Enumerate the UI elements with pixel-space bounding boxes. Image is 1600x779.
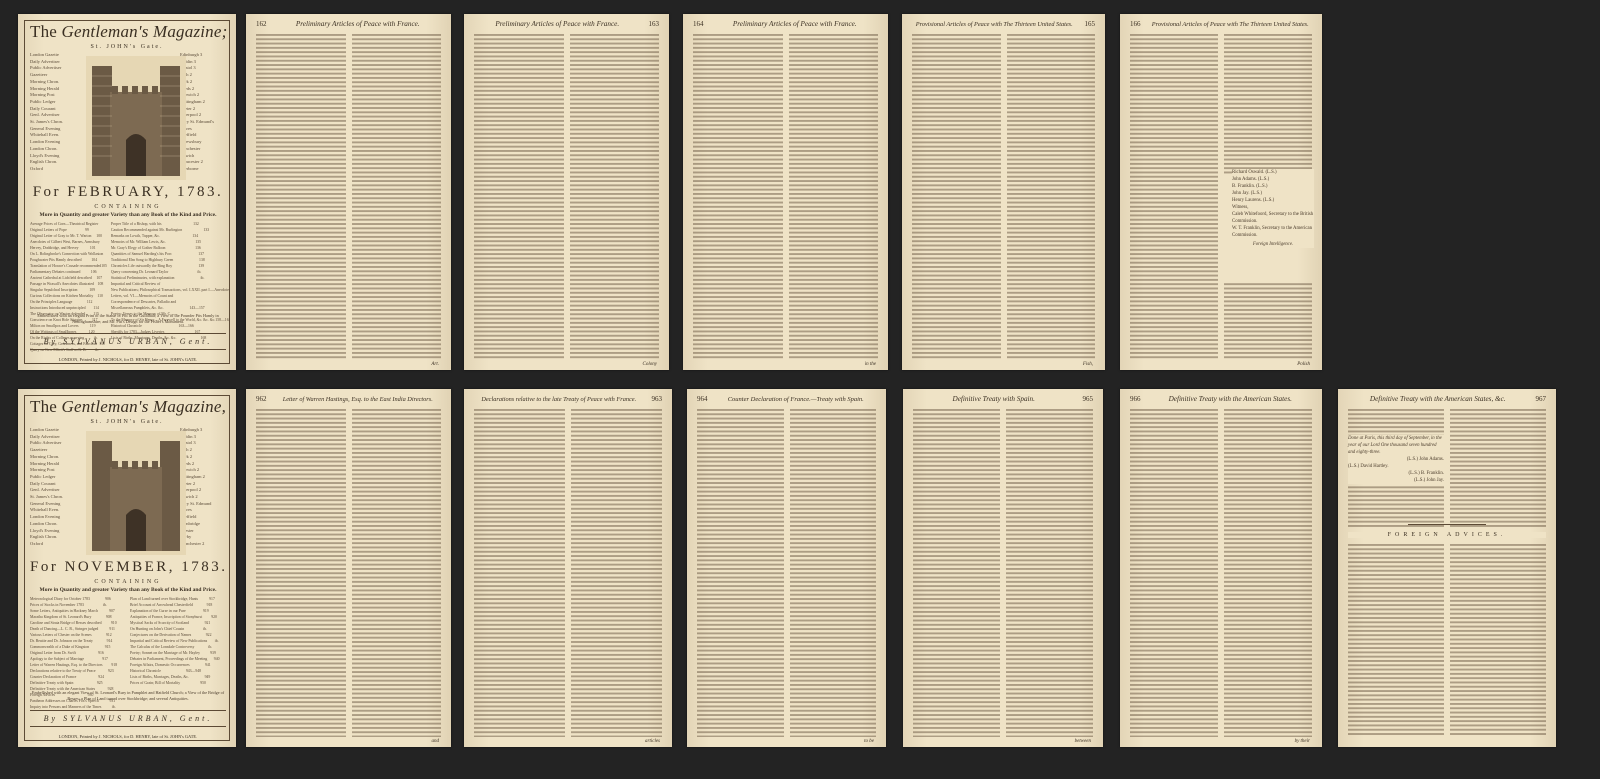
page-166[interactable]: 166 Provisional Articles of Peace with T… <box>1120 14 1322 370</box>
toc-entry-page: 917 <box>102 656 108 662</box>
newspaper-name: Dublin 3 <box>180 59 226 66</box>
running-head: Provisional Articles of Peace with The T… <box>912 20 1095 28</box>
text-column-right <box>1007 34 1096 360</box>
signer-name: (L.S.) John Jay. <box>1348 477 1444 484</box>
newspaper-name: Sheffield <box>180 132 226 139</box>
st-johns-gate-engraving-icon <box>86 431 186 555</box>
masthead-title: Gentleman's Magazine; <box>61 22 227 41</box>
toc-entry-page: 950 <box>200 680 206 686</box>
page-title: Preliminary Articles of Peace with Franc… <box>474 20 641 28</box>
newspaper-name: Genl. Advertiser <box>30 112 78 119</box>
section-heading-foreign-advices: FOREIGN ADVICES. <box>1348 532 1546 538</box>
newspaper-name: Nottingham 2 <box>180 474 226 481</box>
newspaper-name: Edinburgh 3 <box>180 427 226 434</box>
st-johns-gate-engraving-icon <box>86 56 186 180</box>
catchword: to be <box>864 739 874 744</box>
newspaper-name: Shrewsbury <box>180 139 226 146</box>
text-column-right <box>1450 409 1546 527</box>
newspaper-name: Bristol 3 <box>180 65 226 72</box>
page-164[interactable]: 164 Preliminary Articles of Peace with F… <box>683 14 888 370</box>
tagline: More in Quantity and greater Variety tha… <box>30 212 226 218</box>
cover-page-february-1783[interactable]: The Gentleman's Magazine; St. JOHN's Gat… <box>18 14 236 370</box>
running-head: Definitive Treaty with the American Stat… <box>1348 395 1546 403</box>
newspaper-name: Gloucester 2 <box>180 159 226 166</box>
page-title: Definitive Treaty with the American Stat… <box>1348 395 1528 403</box>
newspaper-name: Daily Advertiser <box>30 59 78 66</box>
signer-name: B. Franklin. (L.S.) <box>1232 183 1314 190</box>
running-head: 966 Definitive Treaty with the American … <box>1130 395 1312 403</box>
text-column-right <box>1006 409 1093 737</box>
toc-entry-page: 920 <box>211 614 217 620</box>
text-columns <box>474 409 662 737</box>
newspaper-name: Whitehall Even. <box>30 507 78 514</box>
page-163[interactable]: Preliminary Articles of Peace with Franc… <box>464 14 669 370</box>
catchword: articles <box>645 739 660 744</box>
newspaper-name: Liverpool 2 <box>180 487 226 494</box>
text-column-left <box>256 34 346 360</box>
page-title: Declarations relative to the late Treaty… <box>474 396 644 403</box>
done-at-paris: Done at Paris, this third day of Septemb… <box>1348 435 1444 456</box>
toc-entry-page: 941 <box>205 662 211 668</box>
newspaper-name: London Evening <box>30 514 78 521</box>
text-columns <box>1130 409 1312 737</box>
text-column-left <box>474 34 564 360</box>
text-column-left <box>693 34 783 360</box>
newspaper-list-left: London GazetteDaily AdvertiserPublic Adv… <box>30 427 78 548</box>
page-number: 163 <box>649 20 660 28</box>
toc-entry-page: 108 <box>98 281 104 287</box>
newspaper-name: Manchester 2 <box>180 541 226 548</box>
newspaper-name: Bath 2 <box>180 447 226 454</box>
page-title: Letter of Warren Hastings, Esq. to the E… <box>275 396 442 403</box>
newspaper-name: London Gazette <box>30 52 78 59</box>
containing-label: CONTAINING <box>30 579 226 585</box>
running-head: 964 Counter Declaration of France.—Treat… <box>697 395 876 403</box>
page-number: 966 <box>1130 395 1141 403</box>
text-column-right <box>1224 409 1312 737</box>
running-head: Definitive Treaty with Spain. 965 <box>913 395 1093 403</box>
newspaper-name: Morning Post <box>30 92 78 99</box>
text-column-left <box>912 34 1001 360</box>
page-162[interactable]: 162 Preliminary Articles of Peace with F… <box>246 14 451 370</box>
page-number: 164 <box>693 20 704 28</box>
section-divider <box>1408 524 1486 525</box>
running-head: Declarations relative to the late Treaty… <box>474 395 662 403</box>
masthead-the: The <box>30 22 57 41</box>
newspaper-name: English Chron. <box>30 534 78 541</box>
newspaper-name: Morning Herald <box>30 461 78 468</box>
page-number: 967 <box>1536 395 1547 403</box>
page-number: 964 <box>697 395 708 403</box>
text-column-left <box>474 409 565 737</box>
newspaper-name: Bury St. Edmund's <box>180 119 226 126</box>
catchword: between <box>1075 739 1091 744</box>
running-head: 166 Provisional Articles of Peace with T… <box>1130 20 1312 28</box>
toc-entry-page: 143—157 <box>189 305 204 311</box>
newspaper-name: General Evening <box>30 126 78 133</box>
newspaper-name: Morning Chron. <box>30 79 78 86</box>
newspaper-name: Morning Chron. <box>30 454 78 461</box>
text-column-right <box>1450 544 1546 737</box>
text-column-right <box>571 409 662 737</box>
masthead: The Gentleman's Magazine; <box>30 22 226 42</box>
page-964[interactable]: 964 Counter Declaration of France.—Treat… <box>687 389 886 747</box>
gate-caption: St. JOHN's Gate. <box>90 44 163 50</box>
toc-entry: Prices of Grain; Bill of Mortality950 <box>130 680 226 686</box>
signer-name: John Jay. (L.S.) <box>1232 190 1314 197</box>
newspaper-name: Bristol 3 <box>180 440 226 447</box>
page-967[interactable]: Definitive Treaty with the American Stat… <box>1338 389 1556 747</box>
masthead: The Gentleman's Magazine, <box>30 397 226 417</box>
newspaper-name: Norwich 2 <box>180 467 226 474</box>
newspaper-name: Leeds 2 <box>180 461 226 468</box>
newspaper-name: Chester <box>180 528 226 535</box>
catchword: Art. <box>431 362 439 367</box>
text-column-left <box>1130 34 1218 360</box>
signatures-block: Richard Oswald. (L.S.) John Adams. (L.S.… <box>1232 169 1314 248</box>
embellishment-note: Embellished with an elegant View of St. … <box>30 690 226 701</box>
page-title: Preliminary Articles of Peace with Franc… <box>712 20 879 28</box>
newspaper-name: Lewes <box>180 507 226 514</box>
newspaper-name: London Chron. <box>30 146 78 153</box>
page-number: 166 <box>1130 20 1141 28</box>
newspaper-name: York 2 <box>180 79 226 86</box>
toc-entry-page: ib. <box>200 275 204 281</box>
newspaper-name: Sheffield <box>180 514 226 521</box>
toc-entry-page: 940 <box>214 656 220 662</box>
signer-name: John Adams. (L.S.) <box>1232 176 1314 183</box>
page-number: 963 <box>652 395 663 403</box>
section-heading: Foreign Intelligence. <box>1232 241 1314 248</box>
running-head: 162 Preliminary Articles of Peace with F… <box>256 20 441 28</box>
toc-entry-page: 112 <box>87 299 93 305</box>
newspaper-name: London Chron. <box>30 521 78 528</box>
page-title: Preliminary Articles of Peace with Franc… <box>275 20 442 28</box>
newspaper-name: Genl. Advertiser <box>30 487 78 494</box>
page-title: Definitive Treaty with the American Stat… <box>1149 395 1313 403</box>
text-columns <box>474 34 659 360</box>
editor-name: By SYLVANUS URBAN, Gent. <box>44 337 213 346</box>
page-title: Provisional Articles of Peace with The T… <box>912 21 1077 28</box>
newspaper-name: Daily Advertiser <box>30 434 78 441</box>
text-column-right <box>790 409 877 737</box>
toc-entry-page: 133 <box>203 227 209 233</box>
catchword: by their <box>1295 739 1310 744</box>
page-title: Provisional Articles of Peace with The T… <box>1149 21 1313 28</box>
newspaper-name: Gazetteer <box>30 72 78 79</box>
page-965[interactable]: Definitive Treaty with Spain. 965 betwee… <box>903 389 1103 747</box>
text-columns <box>256 34 441 360</box>
page-number: 165 <box>1085 20 1096 28</box>
running-head: Preliminary Articles of Peace with Franc… <box>474 20 659 28</box>
issue-month: For NOVEMBER, 1783. <box>30 559 226 576</box>
toc-entry-page: 919 <box>203 608 209 614</box>
signatures-block: Done at Paris, this third day of Septemb… <box>1348 435 1444 484</box>
newspaper-name: Lloyd's Evening <box>30 528 78 535</box>
editor-name: By SYLVANUS URBAN, Gent. <box>44 714 213 723</box>
toc-entry-page: 132 <box>193 221 199 227</box>
containing-label: CONTAINING <box>30 204 226 210</box>
toc-entry-page: 105 <box>101 263 107 269</box>
text-column-right <box>352 409 442 737</box>
newspaper-name: Exeter 2 <box>180 106 226 113</box>
text-column-left <box>1348 544 1444 737</box>
text-columns <box>912 34 1095 360</box>
page-number: 965 <box>1083 395 1094 403</box>
text-columns <box>913 409 1093 737</box>
tagline: More in Quantity and greater Variety tha… <box>30 587 226 593</box>
catchword: in the <box>865 362 876 367</box>
newspaper-name: Oxford <box>30 166 78 173</box>
toc-entry-title: Prices of Grain; Bill of Mortality <box>130 680 180 686</box>
newspaper-name: Public Advertiser <box>30 440 78 447</box>
newspaper-name: Exeter 2 <box>180 481 226 488</box>
newspaper-name: Cambridge <box>180 521 226 528</box>
newspaper-name: Sherborne <box>180 166 226 173</box>
newspaper-name: Ipswich <box>180 153 226 160</box>
newspaper-name: Bath 2 <box>180 72 226 79</box>
catchword: Fish, <box>1083 362 1093 367</box>
newspaper-name: English Chron. <box>30 159 78 166</box>
text-column-left <box>256 409 346 737</box>
text-column-left <box>697 409 784 737</box>
text-columns <box>256 409 441 737</box>
newspaper-name: Whitehall Even. <box>30 132 78 139</box>
text-columns <box>693 34 878 360</box>
page-number: 162 <box>256 20 267 28</box>
newspaper-name: Morning Herald <box>30 86 78 93</box>
page-title: Definitive Treaty with Spain. <box>913 395 1075 403</box>
newspaper-name: London Evening <box>30 139 78 146</box>
newspaper-name: Bury St. Edmund <box>180 501 226 508</box>
toc-entry-page: 923 <box>108 668 114 674</box>
newspaper-name: Derby <box>180 534 226 541</box>
signer-name: Henry Laurens. (L.S.) <box>1232 197 1314 204</box>
newspaper-name: Nottingham 2 <box>180 99 226 106</box>
catchword: Colony <box>643 362 657 367</box>
newspaper-name: Norwich 2 <box>180 92 226 99</box>
page-165[interactable]: Provisional Articles of Peace with The T… <box>902 14 1105 370</box>
issue-month: For FEBRUARY, 1783. <box>30 184 226 201</box>
signer-name: Richard Oswald. (L.S.) <box>1232 169 1314 176</box>
page-number: 962 <box>256 395 267 403</box>
newspaper-name: Public Ledger <box>30 99 78 106</box>
newspaper-name: Liverpool 2 <box>180 112 226 119</box>
newspaper-name: Gazetteer <box>30 447 78 454</box>
printer-imprint: LONDON, Printed by J. NICHOLS, for D. HE… <box>30 734 226 739</box>
newspaper-name: Ipswich 2 <box>180 494 226 501</box>
newspaper-name: Public Ledger <box>30 474 78 481</box>
catchword: and <box>432 739 440 744</box>
secretary-american: W. T. Franklin, Secretary to the America… <box>1232 225 1314 239</box>
toc-entry-page: ib. <box>103 602 107 608</box>
newspaper-name: General Evening <box>30 501 78 508</box>
newspaper-name: Public Advertiser <box>30 65 78 72</box>
newspaper-name: York 2 <box>180 454 226 461</box>
newspaper-name: Oxford <box>30 541 78 548</box>
newspaper-name: Edinburgh 3 <box>180 52 226 59</box>
newspaper-name: London Gazette <box>30 427 78 434</box>
running-head: 962 Letter of Warren Hastings, Esq. to t… <box>256 395 441 403</box>
toc-entry-page: 925 <box>97 680 103 686</box>
editor-line: By SYLVANUS URBAN, Gent. <box>30 333 226 350</box>
newspaper-name: Daily Courant <box>30 106 78 113</box>
page-963[interactable]: Declarations relative to the late Treaty… <box>464 389 672 747</box>
toc-entry-page: 110 <box>97 293 103 299</box>
text-column-left <box>913 409 1000 737</box>
text-column-right <box>352 34 442 360</box>
masthead-the: The <box>30 397 57 416</box>
page-title: Counter Declaration of France.—Treaty wi… <box>716 396 877 403</box>
cover-page-november-1783[interactable]: The Gentleman's Magazine, St. JOHN's Gat… <box>18 389 236 747</box>
newspaper-name: Morning Post <box>30 467 78 474</box>
newspaper-name: Daily Courant <box>30 481 78 488</box>
toc-entry-page: ib. <box>215 638 219 644</box>
newspaper-name: St. James's Chron. <box>30 494 78 501</box>
text-column-right <box>789 34 879 360</box>
witness-label: Witness, <box>1232 204 1314 211</box>
newspaper-list-left: London GazetteDaily AdvertiserPublic Adv… <box>30 52 78 173</box>
newspaper-name: Winchester <box>180 146 226 153</box>
text-columns <box>697 409 876 737</box>
newspaper-name: Lloyd's Evening <box>30 153 78 160</box>
signer-name: (L.S.) David Hartley. <box>1348 463 1444 470</box>
toc-entry-page: 915 <box>105 644 111 650</box>
newspaper-name: Dublin 3 <box>180 434 226 441</box>
gate-caption: St. JOHN's Gate. <box>90 419 163 425</box>
running-head: 164 Preliminary Articles of Peace with F… <box>693 20 878 28</box>
text-column-left <box>1130 409 1218 737</box>
newspaper-name: Leeds 2 <box>180 86 226 93</box>
catchword: Polish <box>1297 362 1310 367</box>
newspaper-list-right: Edinburgh 3Dublin 3Bristol 3Bath 2York 2… <box>180 52 226 173</box>
newspaper-list-right: Edinburgh 3Dublin 3Bristol 3Bath 2York 2… <box>180 427 226 548</box>
newspaper-name: Lewes <box>180 126 226 133</box>
masthead-title: Gentleman's Magazine, <box>61 397 226 416</box>
page-966[interactable]: 966 Definitive Treaty with the American … <box>1120 389 1322 747</box>
printer-imprint: LONDON, Printed by J. NICHOLS, for D. HE… <box>30 357 226 362</box>
page-962[interactable]: 962 Letter of Warren Hastings, Esq. to t… <box>246 389 451 747</box>
newspaper-name: St. James's Chron. <box>30 119 78 126</box>
editor-line: By SYLVANUS URBAN, Gent. <box>30 710 226 727</box>
secretary-british: Caleb Whitefoord, Secretary to the Briti… <box>1232 211 1314 225</box>
embellishment-note: Embellished with an elegant Print of the… <box>30 313 226 324</box>
text-column-right <box>570 34 660 360</box>
signer-name: (L.S.) B. Franklin. <box>1348 470 1444 477</box>
text-columns <box>1348 544 1546 737</box>
signer-name: (L.S.) John Adams. <box>1348 456 1444 463</box>
